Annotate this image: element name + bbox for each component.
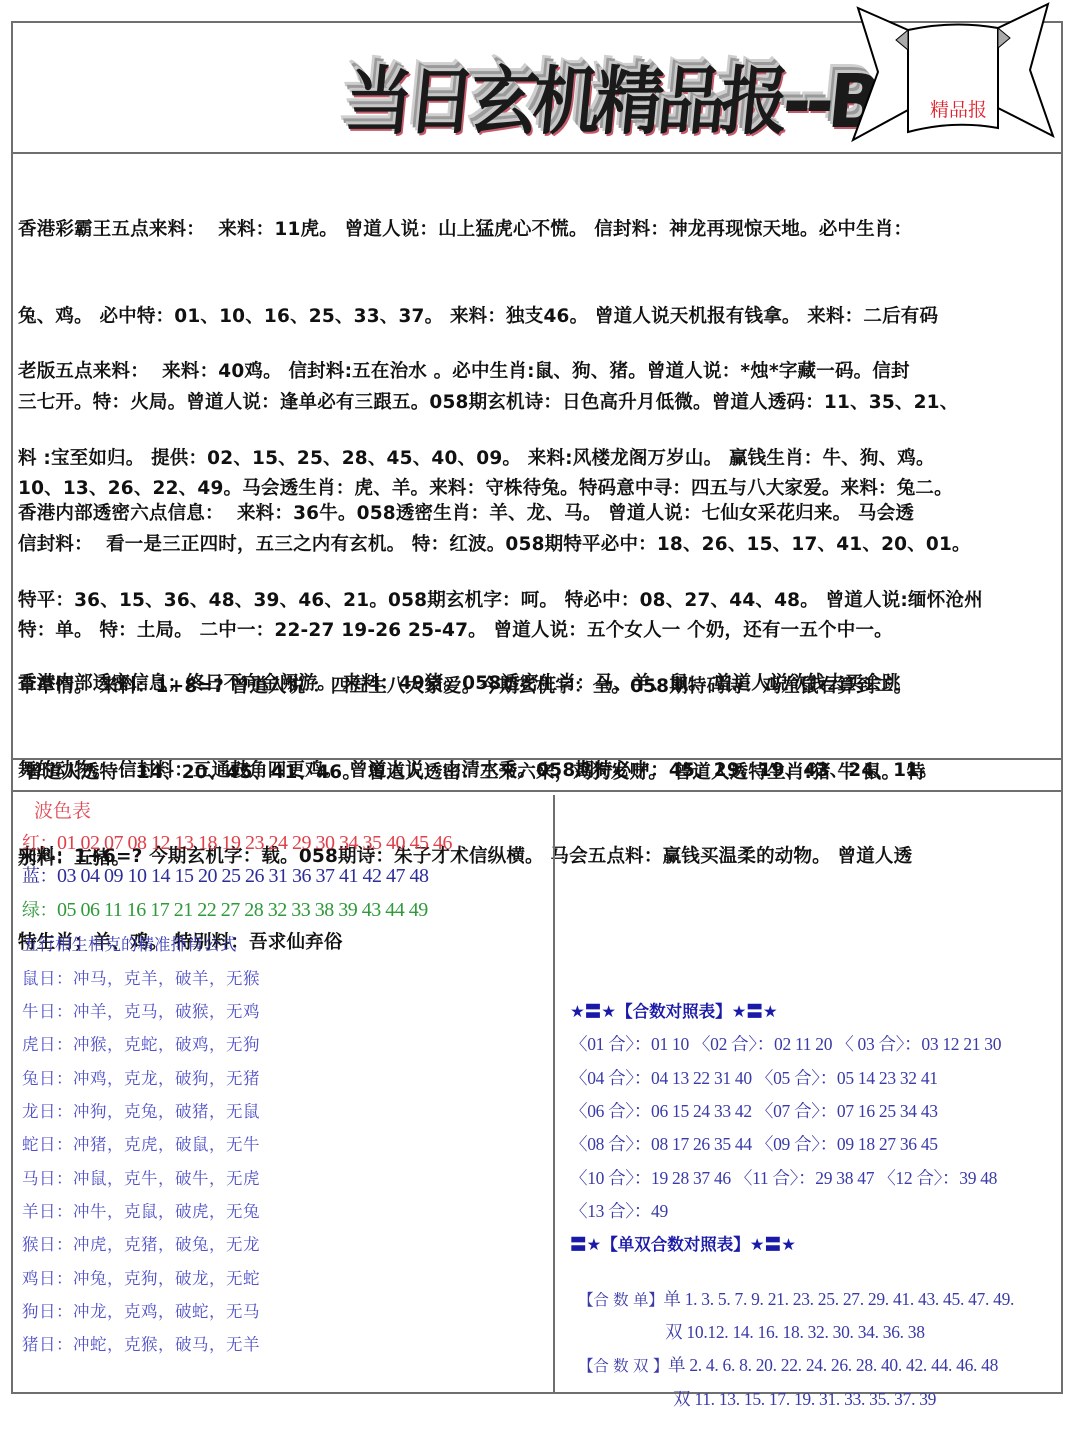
zodiac-row: 马日：冲鼠，克牛，破牛，无虎 xyxy=(22,1165,260,1189)
zodiac-row: 蛇日：冲猪，克虎，破鼠，无牛 xyxy=(22,1131,260,1155)
zodiac-row: 牛日：冲羊，克马，破猴，无鸡 xyxy=(22,998,260,1022)
badge-label: 精品报 xyxy=(930,95,987,122)
zodiac-row: 猴日：冲虎，克猪，破兔，无龙 xyxy=(22,1231,260,1255)
zodiac-row: 龙日：冲狗，克兔，破猪，无鼠 xyxy=(22,1098,260,1122)
wave-table-title: 波色表 xyxy=(34,796,91,823)
he-table-title: ★〓★【合数对照表】★〓★ xyxy=(570,998,778,1022)
odd-even-row: 双 11. 13. 15. 17. 19. 31. 33. 35. 37. 39 xyxy=(665,1365,936,1411)
empty-divider-band xyxy=(11,758,1063,792)
he-row: 〈01 合〉：01 10 〈02 合〉：02 11 20 〈 03 合〉：03 … xyxy=(570,1031,1001,1056)
he-row: 〈06 合〉：06 15 24 33 42 〈07 合〉：07 16 25 34… xyxy=(570,1098,938,1123)
page-title: 当日玄机精品报--B xyxy=(341,43,881,149)
zodiac-row: 羊日：冲牛，克鼠，破虎，无兔 xyxy=(22,1198,260,1222)
zodiac-row: 鸡日：冲兔，克狗，破龙，无蛇 xyxy=(22,1265,260,1289)
he-row: 〈10 合〉：19 28 37 46 〈11 合〉：29 38 47 〈12 合… xyxy=(570,1165,997,1190)
odd-even-table-title: 〓★【单双合数对照表】★〓★ xyxy=(570,1231,796,1255)
wave-row-red: 红：01 02 07 08 12 13 18 19 23 24 29 30 34… xyxy=(22,829,452,855)
he-row: 〈04 合〉：04 13 22 31 40 〈05 合〉：05 14 23 32… xyxy=(570,1065,938,1090)
he-row: 〈13 合〉：49 xyxy=(570,1198,668,1223)
zodiac-row: 鼠日：冲马，克羊，破羊，无猴 xyxy=(22,965,260,989)
wave-row-green: 绿：05 06 11 16 17 21 22 27 28 32 33 38 39… xyxy=(22,896,428,922)
he-row: 〈08 合〉：08 17 26 35 44 〈09 合〉：09 18 27 36… xyxy=(570,1131,938,1156)
wuxing-title: 五行相生相克的精准排肖公式 xyxy=(22,931,237,955)
zodiac-row: 兔日：冲鸡，克龙，破狗，无猪 xyxy=(22,1065,260,1089)
zodiac-row: 狗日：冲龙，克鸡，破蛇，无马 xyxy=(22,1298,260,1322)
wave-row-blue: 蓝：03 04 09 10 14 15 20 25 26 31 36 37 41… xyxy=(22,862,429,888)
zodiac-row: 猪日：冲蛇，克猴，破马，无羊 xyxy=(22,1331,260,1355)
ribbon-badge-icon xyxy=(848,0,1058,150)
zodiac-row: 虎日：冲猴，克蛇，破鸡，无狗 xyxy=(22,1031,260,1055)
column-divider xyxy=(553,795,555,1393)
